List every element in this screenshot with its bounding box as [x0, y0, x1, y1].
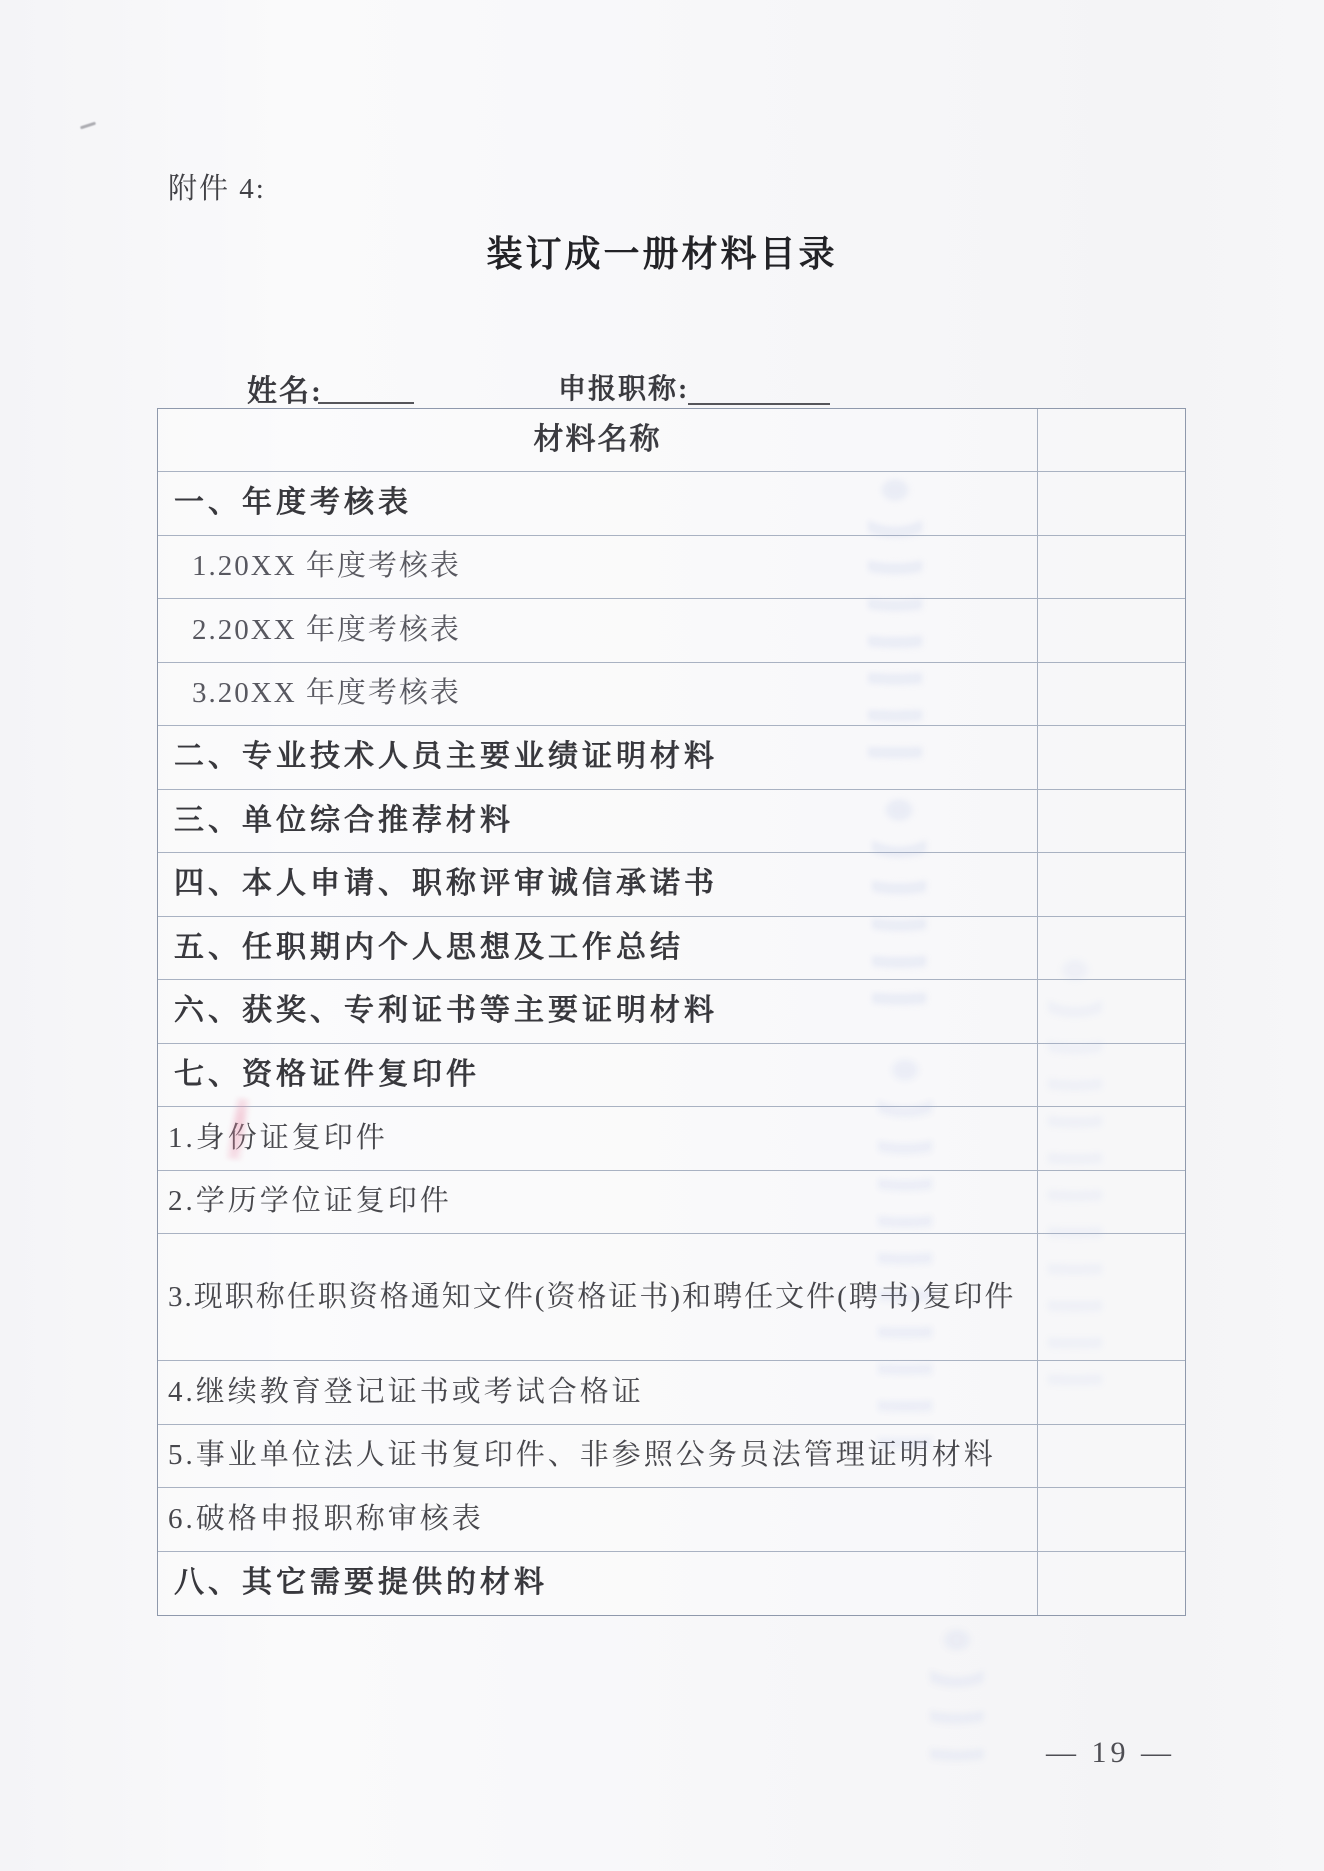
check-cell	[1037, 1044, 1185, 1107]
check-cell	[1037, 1171, 1185, 1234]
check-cell	[1037, 1425, 1185, 1488]
material-name-cell: 6.破格申报职称审核表	[158, 1503, 1037, 1536]
attachment-label: 附件 4:	[168, 166, 266, 207]
table-row: 3.20XX 年度考核表	[158, 663, 1185, 727]
check-cell	[1037, 1234, 1185, 1360]
material-name-cell: 一、年度考核表	[158, 486, 1037, 521]
check-cell	[1037, 599, 1185, 662]
check-cell	[1037, 726, 1185, 789]
table-row: 七、资格证件复印件	[158, 1044, 1185, 1108]
page-number: — 19 —	[1046, 1736, 1175, 1770]
table-row: 八、其它需要提供的材料	[158, 1552, 1185, 1616]
material-name-cell: 六、获奖、专利证书等主要证明材料	[158, 994, 1037, 1029]
check-cell	[1037, 853, 1185, 916]
table-row: 5.事业单位法人证书复印件、非参照公务员法管理证明材料	[158, 1425, 1185, 1489]
material-name-cell: 五、任职期内个人思想及工作总结	[158, 931, 1037, 966]
table-row: 4.继续教育登记证书或考试合格证	[158, 1361, 1185, 1425]
material-name-header: 材料名称	[158, 423, 1037, 458]
material-name-cell: 1.身份证复印件	[158, 1122, 1037, 1155]
check-column-header	[1037, 409, 1185, 471]
material-name-cell: 八、其它需要提供的材料	[158, 1566, 1037, 1601]
table-row: 3.现职称任职资格通知文件(资格证书)和聘任文件(聘书)复印件	[158, 1234, 1185, 1361]
table-row: 2.学历学位证复印件	[158, 1171, 1185, 1235]
table-row: 五、任职期内个人思想及工作总结	[158, 917, 1185, 981]
page-title: 装订成一册材料目录	[0, 226, 1324, 277]
check-cell	[1037, 1107, 1185, 1170]
material-name-cell: 七、资格证件复印件	[158, 1058, 1037, 1093]
material-name-cell: 四、本人申请、职称评审诚信承诺书	[158, 867, 1037, 902]
material-name-cell: 2.学历学位证复印件	[158, 1185, 1037, 1218]
material-name-cell: 4.继续教育登记证书或考试合格证	[158, 1376, 1037, 1409]
name-blank-line	[318, 368, 414, 404]
bleedthrough-artifact	[930, 1620, 984, 1780]
check-cell	[1037, 980, 1185, 1043]
pen-mark-artifact	[80, 122, 96, 130]
table-row: 1.20XX 年度考核表	[158, 536, 1185, 600]
check-cell	[1037, 472, 1185, 535]
table-row: 六、获奖、专利证书等主要证明材料	[158, 980, 1185, 1044]
check-cell	[1037, 1552, 1185, 1616]
check-cell	[1037, 536, 1185, 599]
material-name-cell: 1.20XX 年度考核表	[158, 550, 1037, 583]
table-row: 三、单位综合推荐材料	[158, 790, 1185, 854]
declared-title-label: 申报职称:	[558, 367, 689, 407]
declared-title-blank-line	[688, 369, 830, 405]
material-name-cell: 二、专业技术人员主要业绩证明材料	[158, 740, 1037, 775]
table-row: 一、年度考核表	[158, 472, 1185, 536]
check-cell	[1037, 917, 1185, 980]
material-name-cell: 5.事业单位法人证书复印件、非参照公务员法管理证明材料	[158, 1439, 1037, 1472]
table-row: 1.身份证复印件	[158, 1107, 1185, 1171]
check-cell	[1037, 790, 1185, 853]
check-cell	[1037, 663, 1185, 726]
scanned-document-page: 附件 4: 装订成一册材料目录 姓名: 申报职称: 材料名称 一、年度考核表1.…	[0, 0, 1324, 1871]
materials-table: 材料名称 一、年度考核表1.20XX 年度考核表2.20XX 年度考核表3.20…	[157, 408, 1186, 1616]
material-name-cell: 2.20XX 年度考核表	[158, 614, 1037, 647]
table-row: 二、专业技术人员主要业绩证明材料	[158, 726, 1185, 790]
material-name-cell: 3.20XX 年度考核表	[158, 677, 1037, 710]
material-name-cell: 三、单位综合推荐材料	[158, 804, 1037, 839]
name-label: 姓名:	[247, 366, 323, 410]
check-cell	[1037, 1488, 1185, 1551]
table-row: 2.20XX 年度考核表	[158, 599, 1185, 663]
material-name-cell: 3.现职称任职资格通知文件(资格证书)和聘任文件(聘书)复印件	[158, 1266, 1037, 1328]
table-row: 6.破格申报职称审核表	[158, 1488, 1185, 1552]
table-row: 四、本人申请、职称评审诚信承诺书	[158, 853, 1185, 917]
table-header-row: 材料名称	[158, 409, 1185, 472]
check-cell	[1037, 1361, 1185, 1424]
